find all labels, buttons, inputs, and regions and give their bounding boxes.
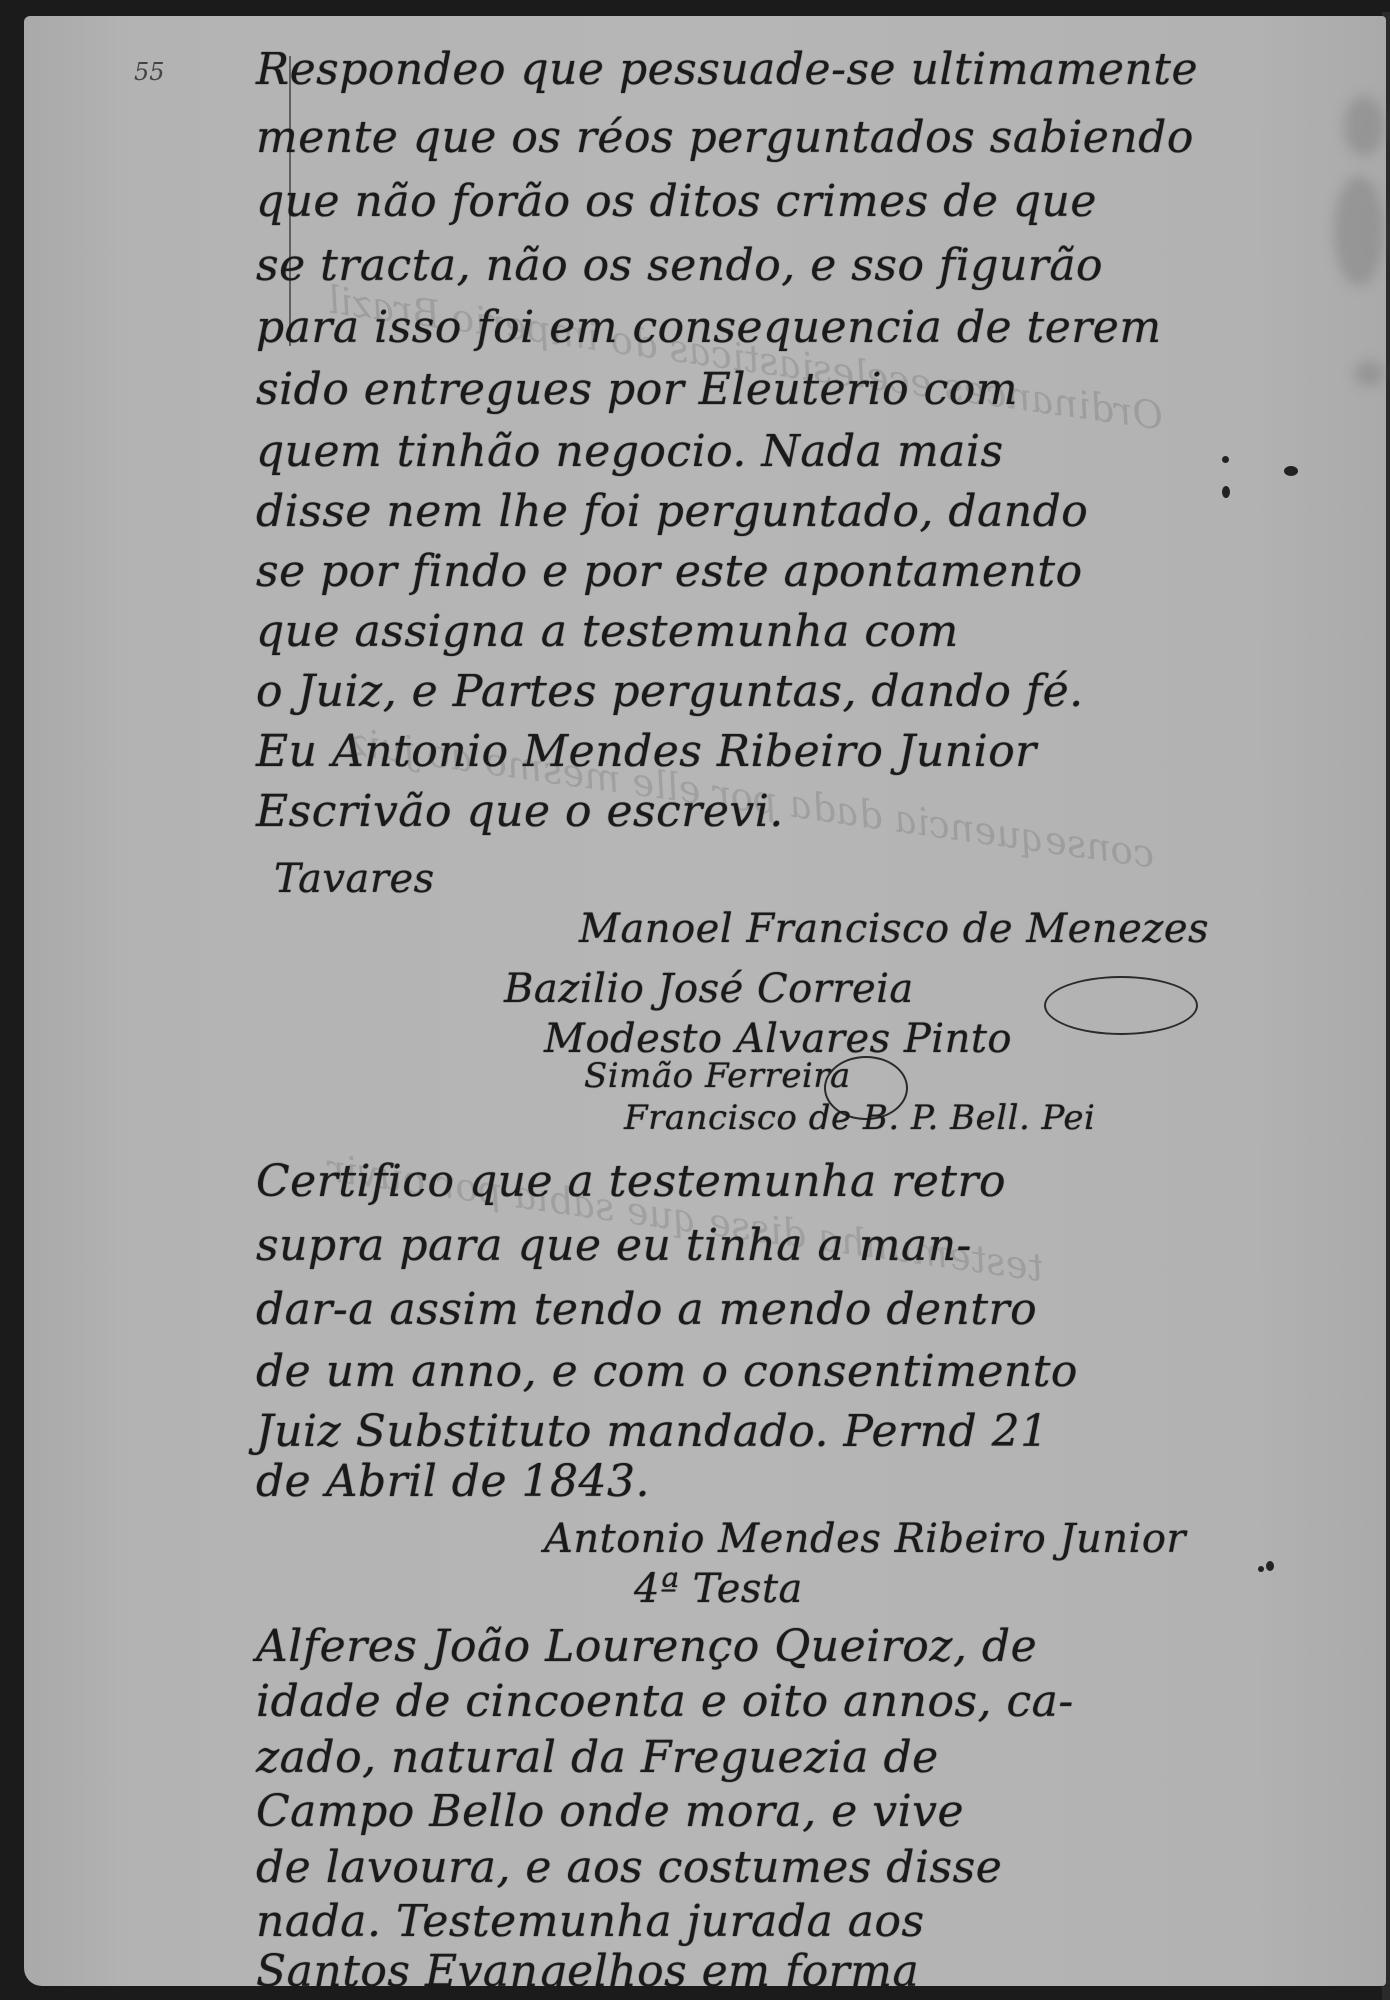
certificate-line: Juiz Substituto mandado. Pernd 21 (256, 1406, 1049, 1457)
testimony-line: Eu Antonio Mendes Ribeiro Junior (256, 726, 1037, 777)
testimony-line: mente que os réos perguntados sabiendo (256, 112, 1194, 163)
signature-bazilio-jose-correia: Bazilio José Correia (504, 966, 914, 1012)
testimony-line: que assigna a testemunha com (256, 606, 959, 657)
certificate-date-line: de Abril de 1843. (256, 1456, 650, 1507)
testimony-line: que não forão os ditos crimes de que (256, 176, 1097, 227)
signature-rubric-seal (1044, 976, 1198, 1035)
certificate-line: supra para que eu tinha a man- (256, 1220, 972, 1271)
ink-blot (1266, 1561, 1274, 1571)
witness-line: Alferes João Lourenço Queiroz, de (256, 1621, 1037, 1672)
witness-line: nada. Testemunha jurada aos (256, 1896, 925, 1947)
testimony-line: se tracta, não os sendo, e sso figurão (256, 240, 1103, 291)
testimony-line: Escrivão que o escrevi. (256, 786, 784, 837)
signature-manoel-francisco-de-menezes: Manoel Francisco de Menezes (579, 906, 1209, 952)
paper-stain (1334, 176, 1384, 286)
testimony-line: sido entregues por Eleuterio com (256, 364, 1018, 415)
signature-francisco-b-p: Francisco de B. P. Bell. Pei (624, 1098, 1095, 1138)
witness-line: idade de cincoenta e oito annos, ca- (256, 1676, 1074, 1727)
testimony-line: Respondeo que pessuade-se ultimamente (256, 44, 1198, 95)
witness-line: Santos Evangelhos em forma (256, 1946, 919, 1997)
manuscript-page: 55 Ordinances ecelesiasticas do imperio … (24, 16, 1386, 1986)
testimony-line: disse nem lhe foi perguntado, dando (256, 486, 1088, 537)
ink-blot (1258, 1566, 1264, 1572)
certificate-signature: Antonio Mendes Ribeiro Junior (544, 1516, 1186, 1562)
witness-line: de lavoura, e aos costumes disse (256, 1842, 1002, 1893)
folio-number: 55 (134, 58, 165, 86)
certificate-line: de um anno, e com o consentimento (256, 1346, 1078, 1397)
certificate-line: Certifico que a testemunha retro (256, 1156, 1006, 1207)
testimony-line: o Juiz, e Partes perguntas, dando fé. (256, 666, 1084, 717)
testimony-line: quem tinhão negocio. Nada mais (256, 426, 1004, 477)
paper-stain (1344, 96, 1384, 156)
certificate-line: dar-a assim tendo a mendo dentro (256, 1284, 1037, 1335)
ink-blot (1222, 456, 1229, 463)
witness-line: zado, natural da Freguezia de (256, 1732, 939, 1783)
ink-blot (1222, 486, 1230, 498)
signature-simao-ferreira: Simão Ferreira (584, 1056, 851, 1096)
ink-blot (1284, 466, 1298, 476)
testimony-line: se por findo e por este apontamento (256, 546, 1083, 597)
signature-tavares: Tavares (274, 856, 435, 902)
paper-stain (1354, 361, 1384, 386)
witness-heading: 4ª Testa (634, 1566, 803, 1612)
witness-line: Campo Bello onde mora, e vive (256, 1786, 964, 1837)
testimony-line: para isso foi em consequencia de terem (256, 302, 1162, 353)
